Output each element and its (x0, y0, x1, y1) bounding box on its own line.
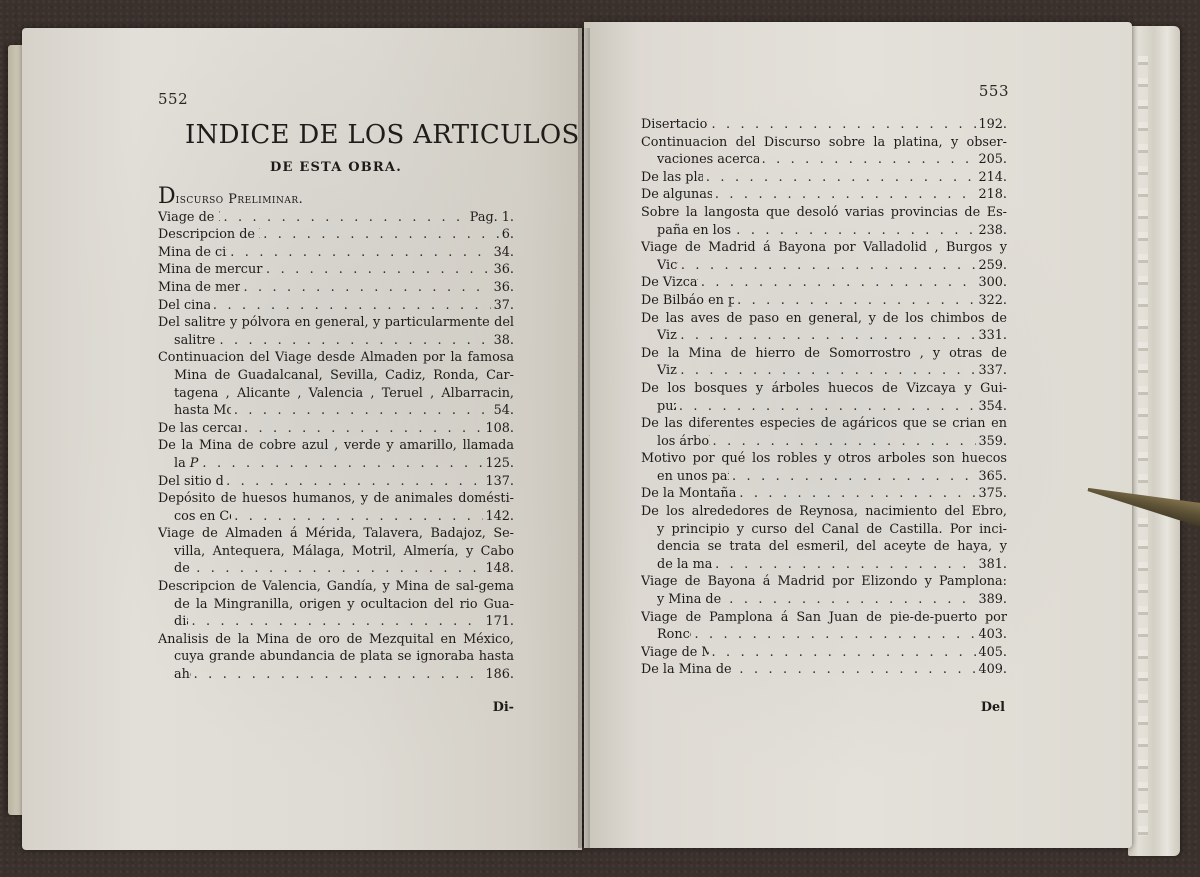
entry-line: Mina de mercurio virgen de Valencia36. (158, 279, 514, 297)
entry-page-number: 381. (979, 556, 1008, 574)
leader-dots (244, 420, 483, 438)
index-title: INDICE DE LOS ARTICULOS (185, 120, 580, 150)
leader-dots (213, 297, 491, 315)
entry-text: De la Mina de hierro de Somorrostro , y … (641, 345, 1007, 363)
index-entry: Viage de Bayona á Madrid por Elizondo y … (641, 573, 1007, 608)
entry-text: Viage de Madrid á Almaden. (158, 209, 220, 227)
entry-text: Mina de Guadalcanal, Sevilla, Cadiz, Ron… (174, 367, 514, 385)
entry-line: y principio y curso del Canal de Castill… (641, 521, 1007, 539)
entry-line: en unos paises y sólidos en otros365. (641, 468, 1007, 486)
entry-text: hasta Molina de Aragon. (174, 402, 231, 420)
entry-text: los árboles de Vizcaya (657, 433, 710, 451)
entry-line: cos en Concud de Aragon142. (158, 508, 514, 526)
entry-text: Depósito de huesos humanos, y de animale… (158, 490, 514, 508)
leader-dots (680, 327, 975, 345)
entry-text: Motivo por qué los robles y otros arbole… (641, 450, 1007, 468)
entry-text: tagena , Alicante , Valencia , Teruel , … (174, 385, 514, 403)
entry-line: Mina de cinabrio de Alicante.34. (158, 244, 514, 262)
entry-text: Analisis de la Mina de oro de Mezquital … (158, 631, 514, 649)
leader-dots (706, 169, 976, 187)
entry-line: los árboles de Vizcaya359. (641, 433, 1007, 451)
entry-line: hasta Molina de Aragon.54. (158, 402, 514, 420)
entry-text: en unos paises y sólidos en otros (657, 468, 729, 486)
entry-line: salitre de España38. (158, 332, 514, 350)
entry-text: de gata (174, 560, 193, 578)
leader-dots (196, 560, 482, 578)
leader-dots (194, 666, 483, 684)
entry-page-number: 322. (979, 292, 1008, 310)
entry-line: Viage de Madrid á Zaragoza405. (641, 644, 1007, 662)
entry-text: la Platilla. (174, 455, 199, 473)
entry-line: Mina de mercurio virgen de San Felipe en… (158, 261, 514, 279)
index-entry: De algunas plantas de España218. (641, 186, 1007, 204)
leader-dots (701, 274, 976, 292)
entry-text: vaciones acerca de los antiguos volcanes… (657, 151, 759, 169)
entry-text: De algunas plantas de España (641, 186, 712, 204)
entry-text: De las plantas en general (641, 169, 703, 187)
index-entry: Viage de Madrid á Bayona por Valladolid … (641, 239, 1007, 274)
leader-dots (191, 613, 482, 631)
entry-line: tagena , Alicante , Valencia , Teruel , … (158, 385, 514, 403)
leader-dots (263, 226, 499, 244)
index-entry: Del salitre y pólvora en general, y part… (158, 314, 514, 349)
entry-line: De las aves de paso en general, y de los… (641, 310, 1007, 328)
entry-line: De algunas plantas de España218. (641, 186, 1007, 204)
entry-page-number: 331. (979, 327, 1008, 345)
entry-text: De la Mina de alumbre de Alcañiz en Arag… (641, 661, 736, 679)
entry-line: Roncesvalles.403. (641, 626, 1007, 644)
entry-page-number: 205. (979, 151, 1008, 169)
leader-dots (226, 473, 482, 491)
entry-text: Mina de mercurio virgen de Valencia (158, 279, 240, 297)
leader-dots (715, 186, 976, 204)
entry-text: Continuacion del Discurso sobre la plati… (641, 134, 1007, 152)
entry-line: de la Mingranilla, origen y ocultacion d… (158, 596, 514, 614)
leader-dots (243, 279, 490, 297)
catchword-left: Di- (493, 700, 514, 715)
entry-line: cuya grande abundancia de plata se ignor… (158, 648, 514, 666)
entry-line: villa, Antequera, Málaga, Motril, Almerí… (158, 543, 514, 561)
entry-line: Viage de Bayona á Madrid por Elizondo y … (641, 573, 1007, 591)
leader-dots (202, 455, 482, 473)
entry-text: De las cercanías de Molina de Aragon. (158, 420, 241, 438)
entry-text: Viage de Madrid á Bayona por Valladolid … (641, 239, 1007, 257)
index-entry: Mina de mercurio virgen de Valencia36. (158, 279, 514, 297)
entry-text: salitre de España (174, 332, 216, 350)
entry-line: De Bilbáo en particular, y de sus cercan… (641, 292, 1007, 310)
index-entry: De la Mina de hierro de Somorrostro , y … (641, 345, 1007, 380)
entry-text: villa, Antequera, Málaga, Motril, Almerí… (174, 543, 514, 561)
index-entry: Descripcion de Valencia, Gandía, y Mina … (158, 578, 514, 631)
leader-dots (737, 292, 975, 310)
leader-dots (732, 468, 975, 486)
entry-text: Vizcaya (657, 327, 677, 345)
leader-dots (739, 661, 975, 679)
page-number-right: 553 (979, 82, 1009, 100)
entry-line: Vizcaya337. (641, 362, 1007, 380)
entry-page-number: 36. (494, 261, 514, 279)
entry-text: ahora, (174, 666, 191, 684)
entry-line: De las cercanías de Molina de Aragon.108… (158, 420, 514, 438)
entry-line: de la manteca de bacas381. (641, 556, 1007, 574)
open-book: 552 INDICE DE LOS ARTICULOS DE ESTA OBRA… (0, 0, 1200, 877)
leader-dots (234, 508, 482, 526)
entry-page-number: 354. (979, 398, 1008, 416)
index-entry: De las diferentes especies de agáricos q… (641, 415, 1007, 450)
entry-text: Mina de mercurio virgen de San Felipe en… (158, 261, 263, 279)
entry-page-number: 359. (979, 433, 1008, 451)
right-page-edges (1128, 26, 1180, 856)
entry-line: de gata148. (158, 560, 514, 578)
entry-page-number: Pag. 1. (470, 209, 514, 227)
entry-line: Sobre la langosta que desoló varias prov… (641, 204, 1007, 222)
entry-line: y Mina de salgema de Valtierra389. (641, 591, 1007, 609)
first-entry: Discurso Preliminar. (158, 188, 514, 209)
entry-text: cos en Concud de Aragon (174, 508, 231, 526)
index-entry: Analisis de la Mina de oro de Mezquital … (158, 631, 514, 684)
entry-page-number: 38. (494, 332, 514, 350)
entry-text: De Vizcaya en general. (641, 274, 698, 292)
entry-line: Del cinabrio natural.37. (158, 297, 514, 315)
entry-line: Viage de Madrid á Almaden.Pag. 1. (158, 209, 514, 227)
entry-page-number: 142. (486, 508, 515, 526)
first-entry-text: iscurso Preliminar. (176, 192, 304, 207)
entry-page-number: 6. (502, 226, 514, 244)
entry-text: Del cinabrio natural. (158, 297, 210, 315)
entry-line: Disertacion sobre la platina.192. (641, 116, 1007, 134)
leader-dots (762, 151, 976, 169)
entry-page-number: 214. (979, 169, 1008, 187)
entry-text: y principio y curso del Canal de Castill… (657, 521, 1007, 539)
leader-dots (679, 398, 976, 416)
entry-page-number: 34. (494, 244, 514, 262)
entry-text: y Mina de salgema de Valtierra (657, 591, 726, 609)
index-entry: Viage de Madrid á Almaden.Pag. 1. (158, 209, 514, 227)
index-entry: Descripcion de la Mina de cinabrio de Al… (158, 226, 514, 244)
index-entry: De los alrededores de Reynosa, nacimient… (641, 503, 1007, 573)
entry-line: Victoria259. (641, 257, 1007, 275)
entry-text: diana (174, 613, 188, 631)
entry-line: dencia se trata del esmeril, del aceyte … (641, 538, 1007, 556)
entry-line: ahora,186. (158, 666, 514, 684)
leader-dots (711, 116, 975, 134)
leader-dots (234, 402, 491, 420)
entry-text: Mina de cinabrio de Alicante. (158, 244, 227, 262)
entry-text: Viage de Bayona á Madrid por Elizondo y … (641, 573, 1007, 591)
entry-page-number: 192. (979, 116, 1008, 134)
entry-page-number: 108. (486, 420, 515, 438)
entry-line: De Vizcaya en general.300. (641, 274, 1007, 292)
entry-text: Del sitio donde nace el Tajo. (158, 473, 223, 491)
entry-line: la Platilla.125. (158, 455, 514, 473)
entry-text: Descripcion de la Mina de cinabrio de Al… (158, 226, 260, 244)
entry-text: De Bilbáo en particular, y de sus cercan… (641, 292, 734, 310)
entry-line: De la Mina de hierro de Somorrostro , y … (641, 345, 1007, 363)
entry-page-number: 337. (979, 362, 1008, 380)
index-entry: De Vizcaya en general.300. (641, 274, 1007, 292)
index-entry: De las cercanías de Molina de Aragon.108… (158, 420, 514, 438)
entry-line: diana171. (158, 613, 514, 631)
index-entry: Viage de Pamplona á San Juan de pie-de-p… (641, 609, 1007, 644)
leader-dots (712, 644, 976, 662)
entry-page-number: 125. (486, 455, 515, 473)
entry-line: paña en los años 1754, 55, 56 y 57.238. (641, 222, 1007, 240)
entry-line: De los bosques y árboles huecos de Vizca… (641, 380, 1007, 398)
entry-line: Vizcaya331. (641, 327, 1007, 345)
entry-page-number: 186. (486, 666, 515, 684)
entry-text: De los alrededores de Reynosa, nacimient… (641, 503, 1007, 521)
index-entry: De la Mina de cobre azul , verde y amari… (158, 437, 514, 472)
index-entry: Depósito de huesos humanos, y de animale… (158, 490, 514, 525)
entry-line: De las plantas en general214. (641, 169, 1007, 187)
entry-line: Del sitio donde nace el Tajo.137. (158, 473, 514, 491)
entry-page-number: 389. (979, 591, 1008, 609)
index-entry: Sobre la langosta que desoló varias prov… (641, 204, 1007, 239)
entry-line: Motivo por qué los robles y otros arbole… (641, 450, 1007, 468)
leader-dots (739, 485, 975, 503)
index-entry: De la Mina de alumbre de Alcañiz en Arag… (641, 661, 1007, 679)
entry-line: De los alrededores de Reynosa, nacimient… (641, 503, 1007, 521)
entry-text: De las aves de paso en general, y de los… (641, 310, 1007, 328)
index-entry: Mina de cinabrio de Alicante.34. (158, 244, 514, 262)
index-entry: Continuacion del Viage desde Almaden por… (158, 349, 514, 419)
leader-dots (736, 222, 975, 240)
leader-dots (266, 261, 491, 279)
catchword-right: Del (981, 700, 1005, 715)
entry-page-number: 375. (979, 485, 1008, 503)
entry-line: Del salitre y pólvora en general, y part… (158, 314, 514, 332)
entry-line: puzcoa354. (641, 398, 1007, 416)
entry-text: De la Mina de cobre azul , verde y amari… (158, 437, 514, 455)
entry-text: de la manteca de bacas (657, 556, 712, 574)
entry-page-number: 148. (486, 560, 515, 578)
index-entry: Mina de mercurio virgen de San Felipe en… (158, 261, 514, 279)
entry-text: cuya grande abundancia de plata se ignor… (174, 648, 514, 666)
entry-text: Viage de Pamplona á San Juan de pie-de-p… (641, 609, 1007, 627)
entry-page-number: 54. (494, 402, 514, 420)
right-entries-list: Disertacion sobre la platina.192.Continu… (641, 116, 1007, 679)
book-gutter (578, 28, 590, 848)
entry-line: Viage de Almaden á Mérida, Talavera, Bad… (158, 525, 514, 543)
leader-dots (713, 433, 976, 451)
entry-text: Viage de Almaden á Mérida, Talavera, Bad… (158, 525, 514, 543)
entry-text: Roncesvalles. (657, 626, 691, 644)
entry-line: Viage de Pamplona á San Juan de pie-de-p… (641, 609, 1007, 627)
entry-page-number: 218. (979, 186, 1008, 204)
entry-page-number: 259. (979, 257, 1008, 275)
entry-text: Del salitre y pólvora en general, y part… (158, 314, 514, 332)
index-entry: De las plantas en general214. (641, 169, 1007, 187)
leader-dots (729, 591, 975, 609)
entry-line: Descripcion de la Mina de cinabrio de Al… (158, 226, 514, 244)
entry-page-number: 36. (494, 279, 514, 297)
drop-cap: D (158, 184, 176, 209)
entry-text: puzcoa (657, 398, 676, 416)
entry-line: De la Mina de alumbre de Alcañiz en Arag… (641, 661, 1007, 679)
index-subtitle: DE ESTA OBRA. (158, 160, 514, 175)
leader-dots (681, 257, 976, 275)
entry-page-number: 403. (979, 626, 1008, 644)
entry-text: Viage de Madrid á Zaragoza (641, 644, 709, 662)
index-entry: Viage de Almaden á Mérida, Talavera, Bad… (158, 525, 514, 578)
entry-text: dencia se trata del esmeril, del aceyte … (657, 538, 1007, 556)
entry-text: Sobre la langosta que desoló varias prov… (641, 204, 1007, 222)
entry-line: Continuacion del Viage desde Almaden por… (158, 349, 514, 367)
index-entry: Del cinabrio natural.37. (158, 297, 514, 315)
entry-line: De las diferentes especies de agáricos q… (641, 415, 1007, 433)
entry-text: Disertacion sobre la platina. (641, 116, 708, 134)
entry-line: Depósito de huesos humanos, y de animale… (158, 490, 514, 508)
leader-dots (694, 626, 975, 644)
leader-dots (223, 209, 466, 227)
entry-text: De las diferentes especies de agáricos q… (641, 415, 1007, 433)
entry-text: Victoria (657, 257, 678, 275)
entry-text: Continuacion del Viage desde Almaden por… (158, 349, 514, 367)
entry-page-number: 37. (494, 297, 514, 315)
entry-line: Descripcion de Valencia, Gandía, y Mina … (158, 578, 514, 596)
entry-text: De la Montaña de Reynosa, y sus robledal… (641, 485, 736, 503)
leader-dots (680, 362, 975, 380)
entry-text: de la Mingranilla, origen y ocultacion d… (174, 596, 514, 614)
index-entry: De las aves de paso en general, y de los… (641, 310, 1007, 345)
index-entry: Motivo por qué los robles y otros arbole… (641, 450, 1007, 485)
index-entry: Disertacion sobre la platina.192. (641, 116, 1007, 134)
entry-line: Continuacion del Discurso sobre la plati… (641, 134, 1007, 152)
page-number-left: 552 (158, 90, 188, 108)
entry-line: De la Montaña de Reynosa, y sus robledal… (641, 485, 1007, 503)
entry-page-number: 405. (979, 644, 1008, 662)
entry-text: Descripcion de Valencia, Gandía, y Mina … (158, 578, 514, 596)
index-entry: De los bosques y árboles huecos de Vizca… (641, 380, 1007, 415)
entry-page-number: 300. (979, 274, 1008, 292)
entry-text: Vizcaya (657, 362, 677, 380)
index-entry: Viage de Madrid á Zaragoza405. (641, 644, 1007, 662)
leader-dots (715, 556, 975, 574)
entry-page-number: 409. (979, 661, 1008, 679)
left-entries-list: Discurso Preliminar. Viage de Madrid á A… (158, 188, 514, 684)
index-entry: De la Montaña de Reynosa, y sus robledal… (641, 485, 1007, 503)
entry-page-number: 137. (486, 473, 515, 491)
entry-line: Mina de Guadalcanal, Sevilla, Cadiz, Ron… (158, 367, 514, 385)
entry-line: Analisis de la Mina de oro de Mezquital … (158, 631, 514, 649)
entry-page-number: 365. (979, 468, 1008, 486)
index-entry: Del sitio donde nace el Tajo.137. (158, 473, 514, 491)
entry-page-number: 171. (486, 613, 515, 631)
leader-dots (230, 244, 490, 262)
index-entry: De Bilbáo en particular, y de sus cercan… (641, 292, 1007, 310)
entry-line: De la Mina de cobre azul , verde y amari… (158, 437, 514, 455)
entry-text: De los bosques y árboles huecos de Vizca… (641, 380, 1007, 398)
index-entry: Continuacion del Discurso sobre la plati… (641, 134, 1007, 169)
entry-text: paña en los años 1754, 55, 56 y 57. (657, 222, 733, 240)
entry-line: vaciones acerca de los antiguos volcanes… (641, 151, 1007, 169)
entry-page-number: 238. (979, 222, 1008, 240)
entry-line: Viage de Madrid á Bayona por Valladolid … (641, 239, 1007, 257)
leader-dots (219, 332, 490, 350)
